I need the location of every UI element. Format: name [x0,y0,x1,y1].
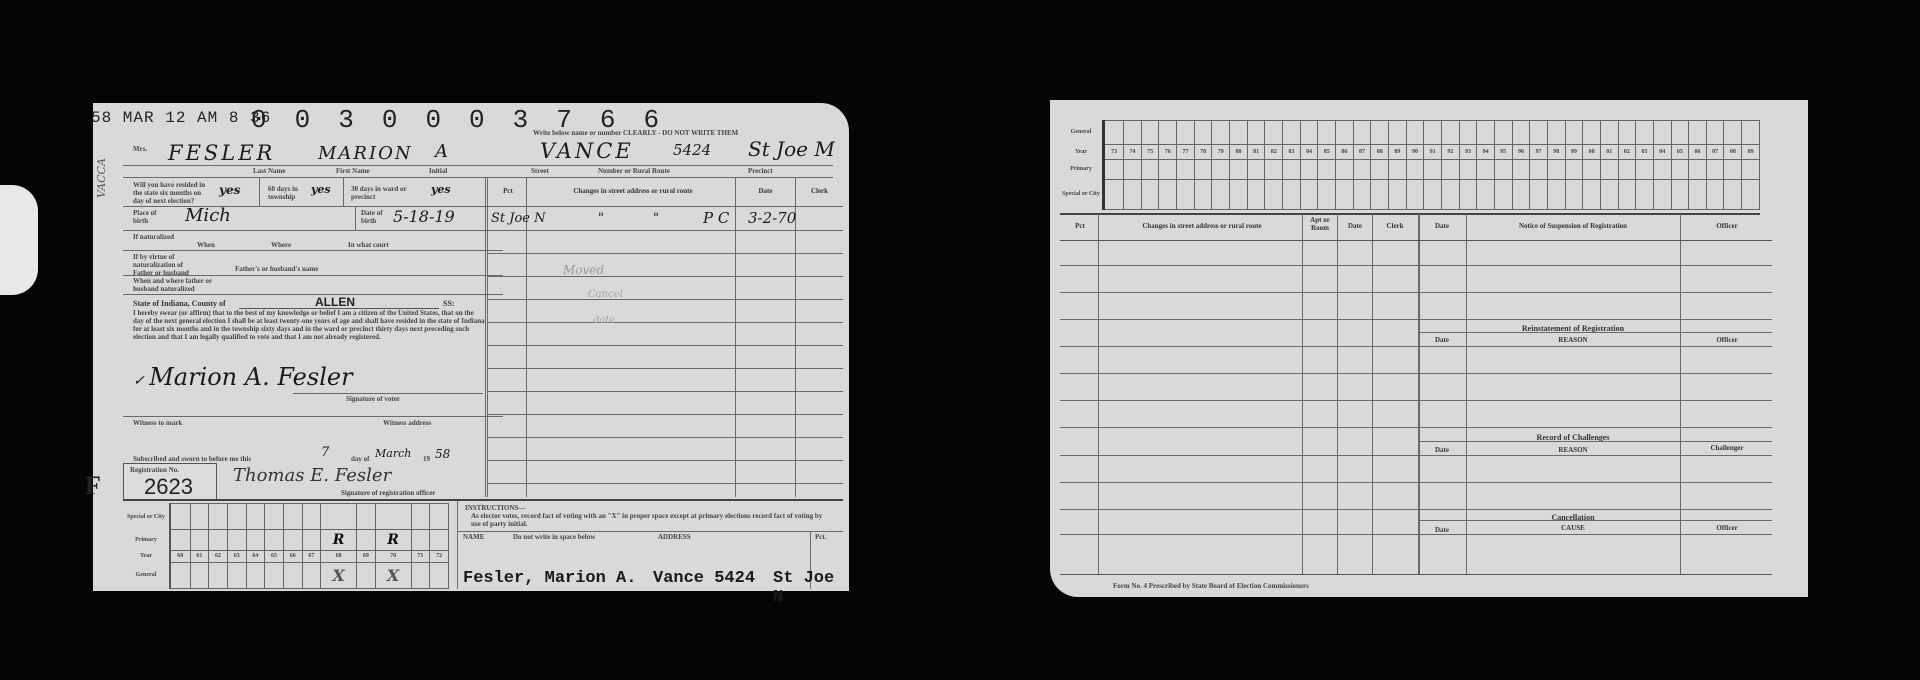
year-cell: 68 [321,550,357,562]
subscribed-year: 58 [435,447,450,461]
registration-number-value: 2623 [144,474,193,500]
year-cell: 80 [1230,144,1248,159]
year-cell: 87 [1353,144,1371,159]
year-cell: 77 [1177,144,1195,159]
reinstatement-officer-header: Officer [1682,336,1772,344]
pct-header: Pct [493,187,523,195]
date-header: Date [738,187,793,195]
year-cell: 64 [246,550,265,562]
year-cell: 84 [1300,144,1318,159]
vote-history-grid-back: General Year 73 74 75 76 77 78 79 80 81 … [1060,120,1760,210]
faint-note-1: Moved [563,263,604,277]
year-cell: 94 [1477,144,1495,159]
year-cell: 09 [1742,144,1760,159]
registration-card-front: 58 MAR 12 AM 8 36 0030003766 Write below… [93,103,849,591]
year-cell: 71 [411,550,430,562]
year-cell: 67 [302,550,321,562]
year-cell: 98 [1547,144,1565,159]
year-cell: 04 [1653,144,1671,159]
registration-card-back: General Year 73 74 75 76 77 78 79 80 81 … [1050,100,1808,597]
county-value: ALLEN [315,295,355,309]
date-time-stamp: 58 MAR 12 AM 8 36 [91,109,271,127]
initial-value: A [435,141,448,162]
date-of-birth-value: 5-18-19 [393,207,455,226]
ss-label: SS: [443,299,455,308]
faint-note-3: date [593,315,615,326]
place-of-birth-value: Mich [185,205,231,226]
instructions-text: As elector votes, record fact of voting … [471,512,831,528]
year-cell: 88 [1371,144,1389,159]
resided-answer: yes [219,183,240,197]
scanner-edge-artifact [0,185,38,295]
days-60-label: 60 days in township [268,185,312,201]
year-cell: 69 [357,550,376,562]
precinct-label: Precinct [748,167,773,175]
row-label-special: Special or City [123,504,170,530]
header-instruction: Write below name or number CLEARLY - DO … [533,129,738,137]
voter-signature: ✓ Marion A. Fesler [133,363,353,391]
row-label-special: Special or City [1060,179,1104,209]
clerk-header: Clerk [1373,222,1417,230]
date-of-birth-label: Date of birth [361,209,391,225]
signature-officer-label: Signature of registration officer [341,489,435,497]
signature-voter-label: Signature of voter [346,395,400,403]
cancellation-officer-header: Officer [1682,524,1772,532]
cancellation-cause-header: CAUSE [1468,524,1678,532]
witness-address-label: Witness address [383,419,431,427]
year-cell: 93 [1459,144,1477,159]
primary-mark-70: R [375,530,411,550]
row-label-year: Year [123,550,170,562]
challenges-reason-header: REASON [1468,446,1678,454]
title-prefix: Mrs. [133,145,147,153]
clerk-header: Clerk [797,187,842,195]
year-cell: 66 [283,550,302,562]
form-footer: Form No. 4 Prescribed by State Board of … [1113,582,1309,590]
date-header: Date [1338,222,1372,230]
margin-note: VACCA [95,158,108,198]
year-cell: 90 [1406,144,1424,159]
place-of-birth-label: Place of birth [133,209,173,225]
year-cell: 81 [1247,144,1265,159]
change-pct: St Joe N [491,211,546,226]
row-label-primary: Primary [123,530,170,550]
typed-name: Fesler, Marion A. [463,569,636,588]
cancellation-date-header: Date [1420,526,1464,534]
day-of-label: day of [351,455,369,463]
year-cell: 61 [190,550,209,562]
year-cell: 76 [1159,144,1177,159]
year-cell: 95 [1494,144,1512,159]
days-30-label: 30 days in ward or precinct [351,185,415,201]
general-mark-68: X [321,562,357,588]
subscribed-month: March [375,447,411,460]
year-cell: 92 [1441,144,1459,159]
year-cell: 74 [1124,144,1142,159]
typed-precinct: St Joe N [773,569,849,607]
when-label: When [197,241,215,249]
where-label: Where [271,241,291,249]
year-cell: 01 [1600,144,1618,159]
days-60-answer: yes [311,183,331,196]
general-mark-70: X [375,562,411,588]
first-name-value: MARION [318,143,413,164]
year-cell: 05 [1671,144,1689,159]
year-cell: 86 [1336,144,1354,159]
row-label-general: General [1060,121,1104,145]
street-value: VANCE [540,139,634,163]
typed-address: Vance 5424 [653,569,755,588]
subscribed-day: 7 [321,445,329,460]
when-where-father-label: When and where father or husband natural… [133,277,233,293]
year-cell: 03 [1636,144,1654,159]
row-label-primary: Primary [1060,160,1104,180]
row-label-general: General [123,562,170,588]
year-cell: 00 [1583,144,1601,159]
witness-mark-label: Witness to mark [133,419,182,427]
year-cell: 70 [375,550,411,562]
row-label-year: Year [1060,144,1104,159]
name-label: NAME [463,533,484,541]
days-30-answer: yes [431,183,451,196]
do-not-write-label: Do not write in space below [513,533,595,541]
year-cell: 73 [1104,144,1124,159]
year-cell: 78 [1194,144,1212,159]
year-cell: 72 [430,550,449,562]
vote-history-grid-front: Special or City Primary R R Year 60 61 6… [123,503,449,589]
court-label: In what court [348,241,389,249]
resided-label: Will you have resided in the state six m… [133,181,211,205]
reinstatement-reason-header: REASON [1468,336,1678,344]
father-name-label: Father's or husband's name [235,265,318,273]
year-prefix: 19 [423,455,430,463]
changes-header: Changes in street address or rural route [1102,222,1302,230]
subscribed-text: Subscribed and sworn to before me this [133,455,251,463]
year-cell: 97 [1530,144,1548,159]
year-cell: 99 [1565,144,1583,159]
suspension-notice-header: Notice of Suspension of Registration [1468,222,1678,230]
oath-text: I hereby swear (or affirm) that to the b… [133,309,485,341]
apt-room-header: Apt or Room [1303,216,1337,232]
precinct-value: St Joe M [748,137,835,161]
year-cell: 75 [1141,144,1159,159]
year-cell: 79 [1212,144,1230,159]
challenges-challenger-header: Challenger [1682,444,1772,452]
faint-note-2: Cancel [588,289,623,300]
changes-header: Changes in street address or rural route [533,187,733,195]
last-name-value: FESLER [168,141,275,165]
reinstatement-date-header: Date [1420,336,1464,344]
number-label: Number or Rural Route [598,167,670,175]
initial-label: Initial [429,167,447,175]
instructions-title: INSTRUCTIONS— [465,504,525,512]
year-cell: 60 [170,550,190,562]
naturalized-label: If naturalized [133,233,178,241]
year-cell: 08 [1724,144,1742,159]
number-value: 5424 [673,141,711,159]
challenges-date-header: Date [1420,446,1464,454]
father-nat-label: If by virtue of naturalization of Father… [133,253,203,277]
year-cell: 89 [1389,144,1407,159]
change-route: P C [703,209,729,227]
registration-number-box: Registration No. 2623 [123,463,217,501]
year-cell: 96 [1512,144,1530,159]
change-date: 3-2-70 [748,209,796,227]
year-cell: 82 [1265,144,1283,159]
year-cell: 85 [1318,144,1336,159]
officer-signature: Thomas E. Fesler [233,465,391,486]
pct-label: Pct. [815,533,826,541]
year-cell: 02 [1618,144,1636,159]
last-name-label: Last Name [253,167,285,175]
year-cell: 83 [1283,144,1301,159]
address-label: ADDRESS [658,533,691,541]
year-cell: 62 [209,550,228,562]
primary-mark-68: R [321,530,357,550]
change-ditto-2: " [653,211,659,226]
year-cell: 91 [1424,144,1442,159]
first-name-label: First Name [336,167,370,175]
pct-header: Pct [1062,222,1098,230]
street-label: Street [531,167,549,175]
year-cell: 07 [1706,144,1724,159]
registration-number-label: Registration No. [130,466,179,474]
state-county-label: State of Indiana, County of [133,299,226,308]
side-letter: F [85,471,101,501]
year-cell: 65 [265,550,284,562]
change-ditto-1: " [598,211,604,226]
year-cell: 06 [1689,144,1707,159]
suspension-officer-header: Officer [1682,222,1772,230]
suspension-date-header: Date [1420,222,1464,230]
year-cell: 63 [227,550,246,562]
